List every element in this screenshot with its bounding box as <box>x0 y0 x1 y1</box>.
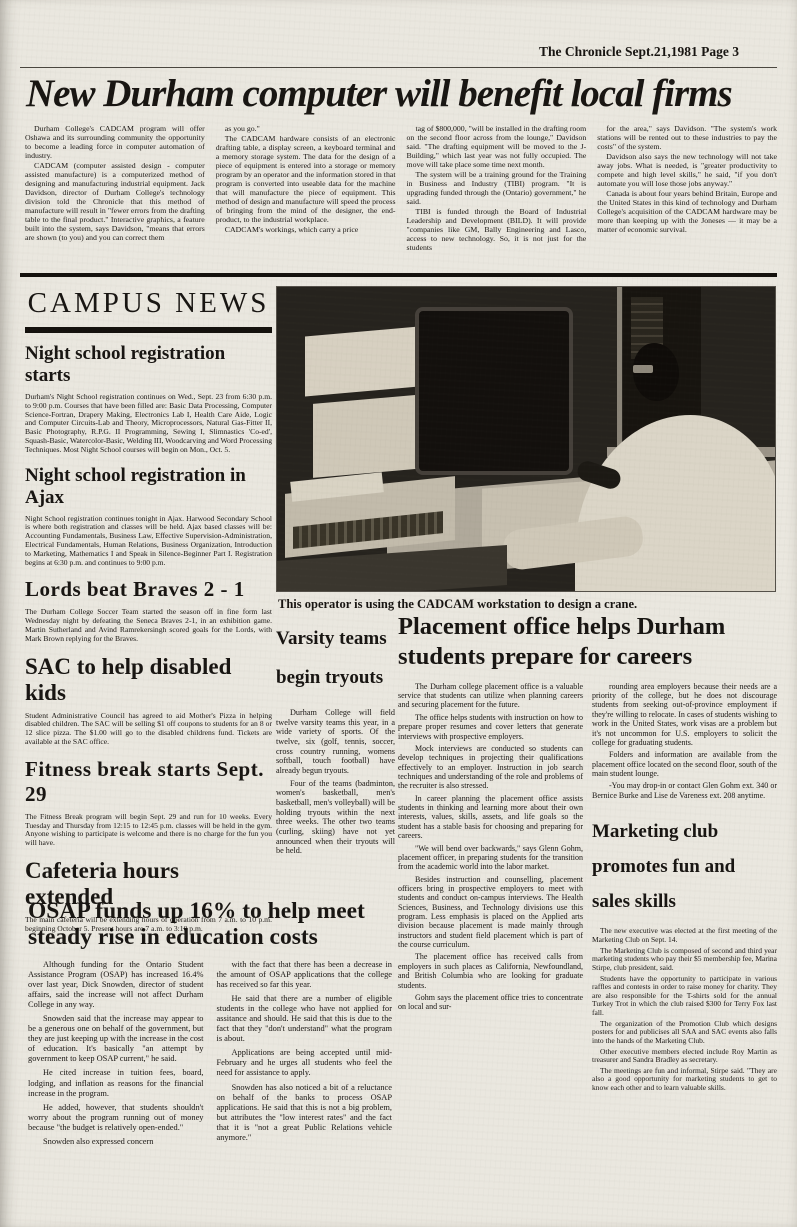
placement-paragraph: The Durham college placement office is a… <box>398 682 583 710</box>
lead-column-3: tag of $800,000, "will be installed in t… <box>407 124 587 253</box>
campus-news-column: CAMPUS NEWS Night school registration st… <box>25 283 272 943</box>
osap-paragraph: Although funding for the Ontario Student… <box>28 960 204 1010</box>
lead-paragraph: CADCAM (computer assisted design - compu… <box>25 161 205 242</box>
placement-paragraph: In career planning the placement office … <box>398 794 583 841</box>
campus-section-night-school: Night school registration starts Durham'… <box>25 343 272 455</box>
placement-paragraph: Mock interviews are conducted so student… <box>398 744 583 791</box>
photo-caption: This operator is using the CADCAM workst… <box>278 597 778 612</box>
lead-paragraph: as you go." <box>216 124 396 133</box>
lead-paragraph: Durham College's CADCAM program will off… <box>25 124 205 160</box>
osap-paragraph: Snowden also expressed concern <box>28 1137 204 1147</box>
placement-paragraph: Besides instruction and counselling, pla… <box>398 875 583 950</box>
photo-rack-divider <box>617 287 622 449</box>
placement-column-2: rounding area employers because their ne… <box>592 682 777 1095</box>
osap-column-2: with the fact that there has been a decr… <box>217 960 393 1151</box>
campus-body: The Durham College Soccer Team started t… <box>25 608 272 643</box>
photo-operator-shirt <box>575 415 776 592</box>
osap-article: OSAP funds up 16% to help meet steady ri… <box>28 899 392 1151</box>
masthead: The Chronicle Sept.21,1981 Page 3 <box>539 44 739 60</box>
lead-paragraph: for the area," says Davidson. "The syste… <box>597 124 777 151</box>
photo-monitor <box>415 307 573 475</box>
placement-paragraph: rounding area employers because their ne… <box>592 682 777 748</box>
lead-column-1: Durham College's CADCAM program will off… <box>25 124 205 253</box>
placement-column-1: The Durham college placement office is a… <box>398 682 583 1095</box>
placement-paragraph: -You may drop-in or contact Glen Gohm ex… <box>592 781 777 800</box>
campus-section-fitness: Fitness break starts Sept. 29 The Fitnes… <box>25 757 272 848</box>
marketing-article: Marketing club promotes fun and sales sk… <box>592 814 777 1093</box>
marketing-paragraph: The new executive was elected at the fir… <box>592 927 777 944</box>
lead-paragraph: CADCAM's workings, which carry a price <box>216 225 396 234</box>
lead-paragraph: The system will be a training ground for… <box>407 170 587 206</box>
placement-paragraph: Folders and information are available fr… <box>592 750 777 778</box>
campus-body: Student Administrative Council has agree… <box>25 712 272 747</box>
osap-headline: OSAP funds up 16% to help meet steady ri… <box>28 899 392 951</box>
campus-headline: SAC to help disabled kids <box>25 654 272 706</box>
cadcam-photo <box>276 286 776 592</box>
lead-paragraph: Davidson also says the new technology wi… <box>597 152 777 188</box>
osap-column-1: Although funding for the Ontario Student… <box>28 960 204 1151</box>
placement-paragraph: The placement office has received calls … <box>398 952 583 989</box>
marketing-headline: Marketing club promotes fun and sales sk… <box>592 814 777 919</box>
varsity-headline: Varsity teams begin tryouts <box>276 620 395 698</box>
varsity-article: Varsity teams begin tryouts Durham Colle… <box>276 620 395 859</box>
campus-section-ajax: Night school registration in Ajax Night … <box>25 465 272 568</box>
campus-headline: Lords beat Braves 2 - 1 <box>25 577 272 602</box>
campus-section-lords: Lords beat Braves 2 - 1 The Durham Colle… <box>25 577 272 643</box>
lead-paragraph: tag of $800,000, "will be installed in t… <box>407 124 587 169</box>
photo-operator-glasses <box>633 365 653 373</box>
osap-paragraph: He cited increase in tuition fees, board… <box>28 1068 204 1098</box>
campus-news-bar <box>25 327 272 333</box>
osap-paragraph: He added, however, that students shouldn… <box>28 1103 204 1133</box>
placement-paragraph: Gohm says the placement office tries to … <box>398 993 583 1012</box>
lead-article: Durham College's CADCAM program will off… <box>25 124 777 253</box>
marketing-paragraph: Other executive members elected include … <box>592 1048 777 1065</box>
lead-column-4: for the area," says Davidson. "The syste… <box>597 124 777 253</box>
lead-column-2: as you go." The CADCAM hardware consists… <box>216 124 396 253</box>
newspaper-page: The Chronicle Sept.21,1981 Page 3 New Du… <box>0 0 797 1227</box>
campus-headline: Night school registration in Ajax <box>25 465 272 509</box>
osap-paragraph: Applications are being accepted until mi… <box>217 1048 393 1078</box>
lead-paragraph: TIBI is funded through the Board of Indu… <box>407 207 587 252</box>
campus-news-title: CAMPUS NEWS <box>25 287 272 320</box>
lead-paragraph: The CADCAM hardware consists of an elect… <box>216 134 396 224</box>
campus-body: Durham's Night School registration conti… <box>25 393 272 455</box>
placement-columns: The Durham college placement office is a… <box>398 682 777 1095</box>
placement-headline: Placement office helps Durham students p… <box>398 612 777 672</box>
marketing-paragraph: Students have the opportunity to partici… <box>592 975 777 1018</box>
lead-paragraph: Canada is about four years behind Britai… <box>597 189 777 234</box>
campus-body: The Fitness Break program will begin Sep… <box>25 813 272 848</box>
marketing-paragraph: The Marketing Club is composed of second… <box>592 947 777 973</box>
osap-paragraph: He said that there are a number of eligi… <box>217 994 393 1044</box>
placement-article: Placement office helps Durham students p… <box>398 612 777 1095</box>
marketing-paragraph: The organization of the Promotion Club w… <box>592 1020 777 1046</box>
main-headline: New Durham computer will benefit local f… <box>26 71 778 116</box>
marketing-paragraph: The meetings are fun and informal, Stirp… <box>592 1067 777 1093</box>
osap-paragraph: Snowden has also noticed a bit of a relu… <box>217 1083 393 1143</box>
osap-paragraph: Snowden said that the increase may appea… <box>28 1014 204 1064</box>
section-divider-bar <box>20 273 777 277</box>
campus-body: Night School registration continues toni… <box>25 515 272 568</box>
photo-tape-unit-top <box>305 326 430 397</box>
photo-tape-unit-bottom <box>313 394 425 478</box>
campus-headline: Night school registration starts <box>25 343 272 387</box>
placement-paragraph: "We will bend over backwards," says Glen… <box>398 844 583 872</box>
campus-section-sac: SAC to help disabled kids Student Admini… <box>25 654 272 747</box>
campus-headline: Fitness break starts Sept. 29 <box>25 757 272 807</box>
osap-paragraph: with the fact that there has been a decr… <box>217 960 393 990</box>
varsity-paragraph: Four of the teams (badminton, women's ba… <box>276 779 395 856</box>
placement-paragraph: The office helps students with instructi… <box>398 713 583 741</box>
varsity-paragraph: Durham College will field twelve varsity… <box>276 708 395 776</box>
osap-columns: Although funding for the Ontario Student… <box>28 960 392 1151</box>
masthead-rule <box>20 67 777 68</box>
